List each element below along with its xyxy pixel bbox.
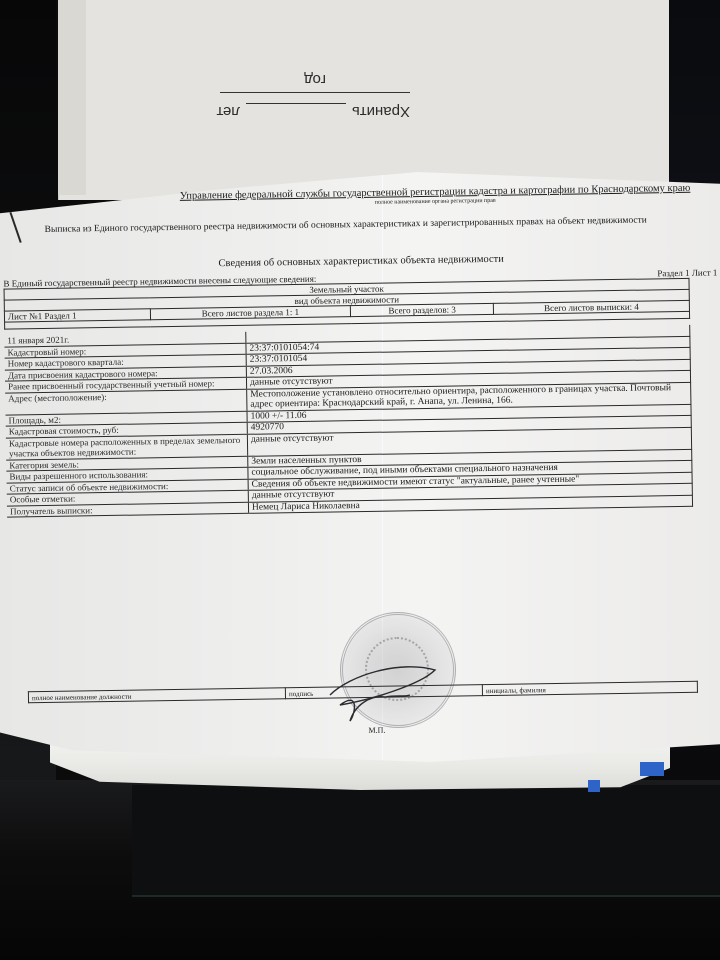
extract-content: Управление федеральной службы государств… — [0, 182, 720, 517]
folder-edge — [58, 0, 86, 195]
properties-table: 11 января 2021г. Кадастровый номер:23:37… — [4, 325, 693, 518]
section-sheet-label: Раздел 1 Лист 1 — [657, 267, 717, 278]
years-label: лет — [216, 103, 239, 120]
folder-storage-label: Хранить лет год — [200, 40, 410, 120]
signature-icon — [310, 655, 440, 725]
background-tray — [132, 785, 720, 897]
keep-blank-line — [246, 103, 346, 114]
blue-tab — [640, 762, 664, 776]
pen-mark — [9, 212, 21, 243]
seal-caption: М.П. — [368, 726, 385, 735]
extract-title: Выписка из Единого государственного реес… — [45, 214, 720, 235]
keep-label: Хранить — [352, 103, 410, 120]
year-label: год — [220, 71, 410, 93]
blue-tab — [588, 780, 600, 792]
